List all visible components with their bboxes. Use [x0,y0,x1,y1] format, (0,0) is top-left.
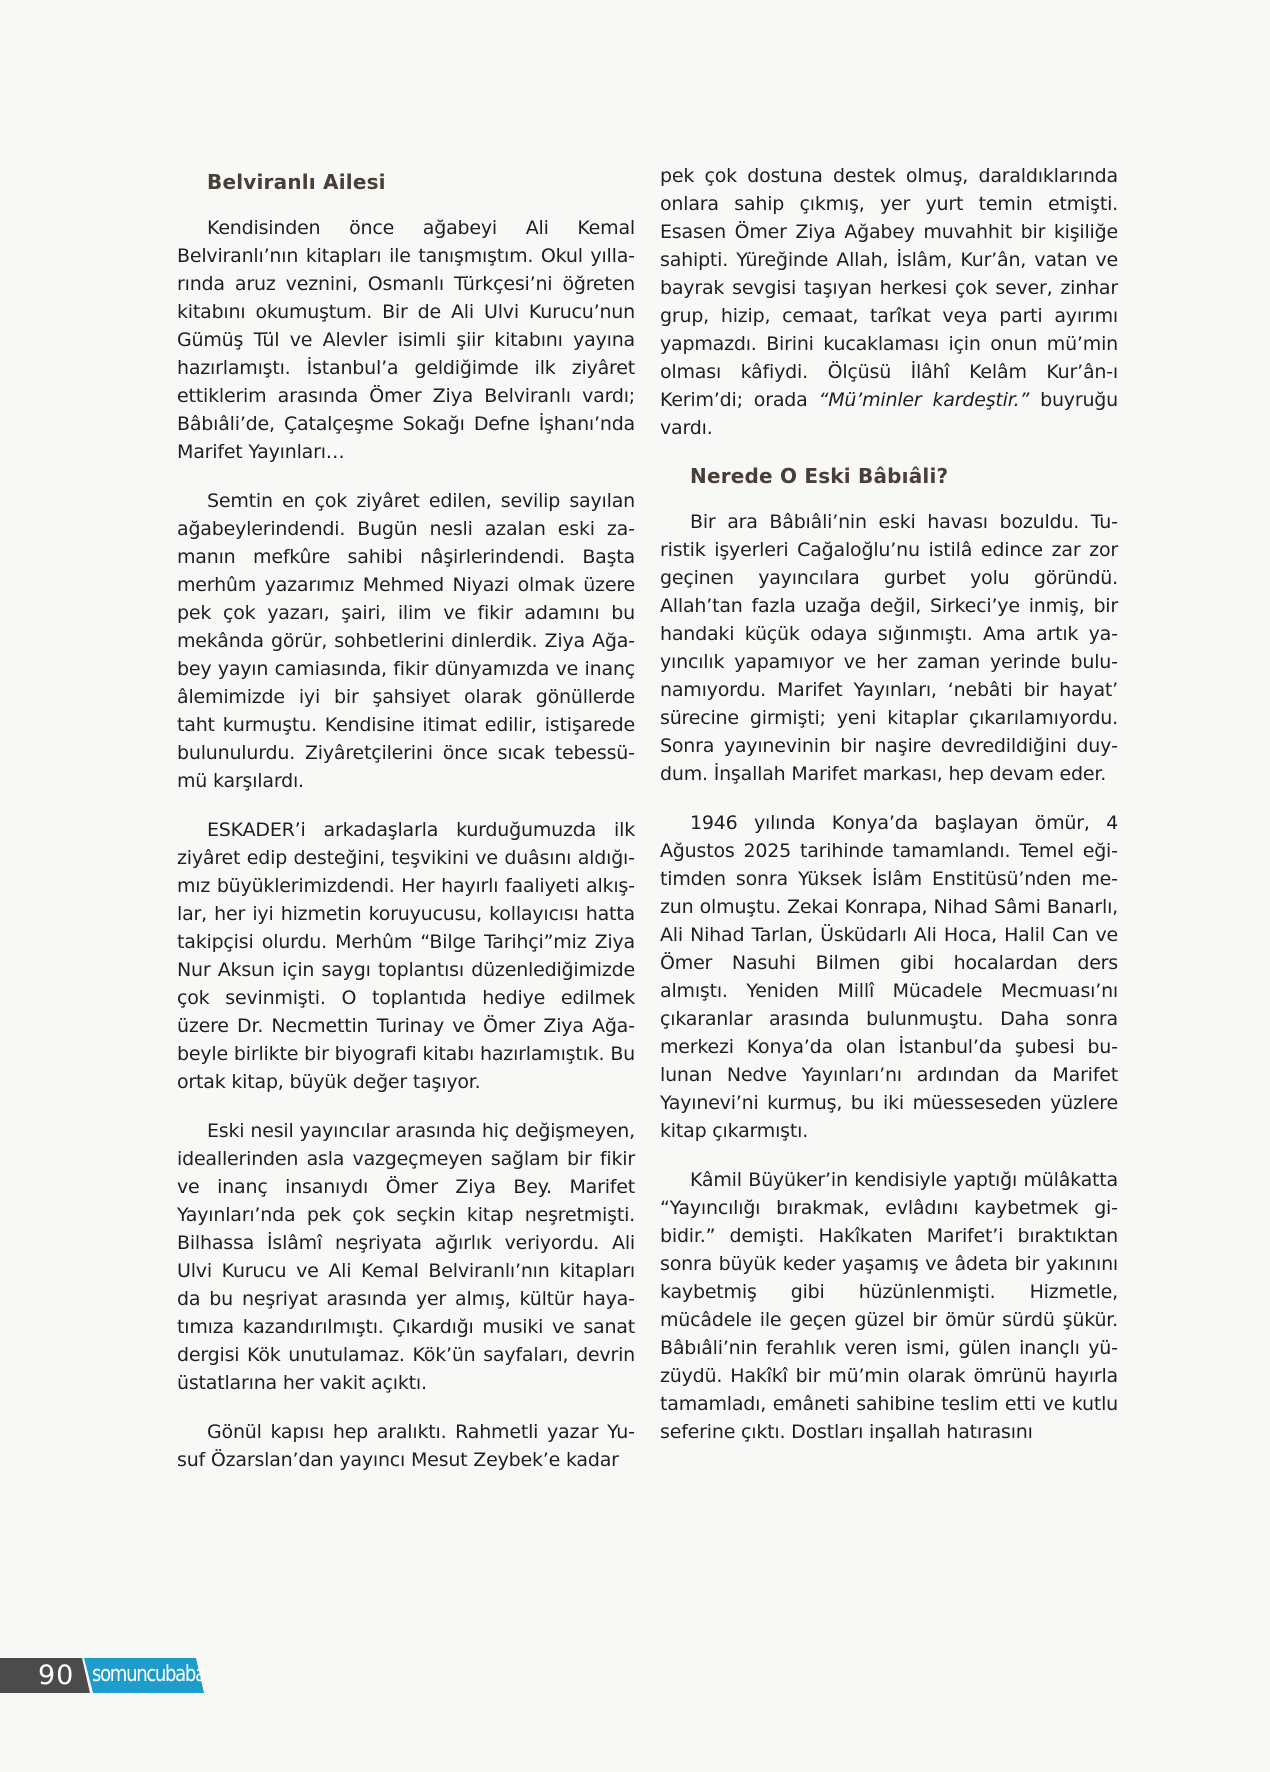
paragraph: Bir ara Bâbıâli’nin eski havası bozuldu.… [660,508,1118,788]
paragraph: Eski nesil yayıncılar arasında hiç değiş… [177,1117,635,1397]
left-column: Belviranlı Ailesi Kendisinden önce ağabe… [177,168,635,1474]
paragraph: Semtin en çok ziyâret edilen, sevilip sa… [177,487,635,795]
brand-logo-text: somuncubaba [92,1661,205,1689]
paragraph: ESKADER’i arkadaşlarla kurduğumuzda ilk … [177,816,635,1096]
paragraph: Gönül kapısı hep aralıktı. Rahmetli yaza… [177,1418,635,1474]
section-heading-belviranli-ailesi: Belviranlı Ailesi [207,168,635,196]
right-column: pek çok dostuna destek olmuş, daraldıkla… [660,162,1118,1446]
continuation-text: pek çok dostuna destek olmuş, daraldıkla… [660,165,1118,411]
paragraph-continuation: pek çok dostuna destek olmuş, daraldıkla… [660,162,1118,442]
quote: “Mü’minler kardeştir.” [819,389,1030,411]
page-number: 90 [38,1660,74,1692]
paragraph: 1946 yılında Konya’da başlayan ömür, 4 A… [660,809,1118,1145]
paragraph: Kendisinden önce ağabeyi Ali Kemal Belvi… [177,214,635,466]
paragraph: Kâmil Büyüker’in kendisiyle yaptığı mülâ… [660,1166,1118,1446]
section-heading-nerede-o-eski-babiali: Nerede O Eski Bâbıâli? [690,462,1118,490]
